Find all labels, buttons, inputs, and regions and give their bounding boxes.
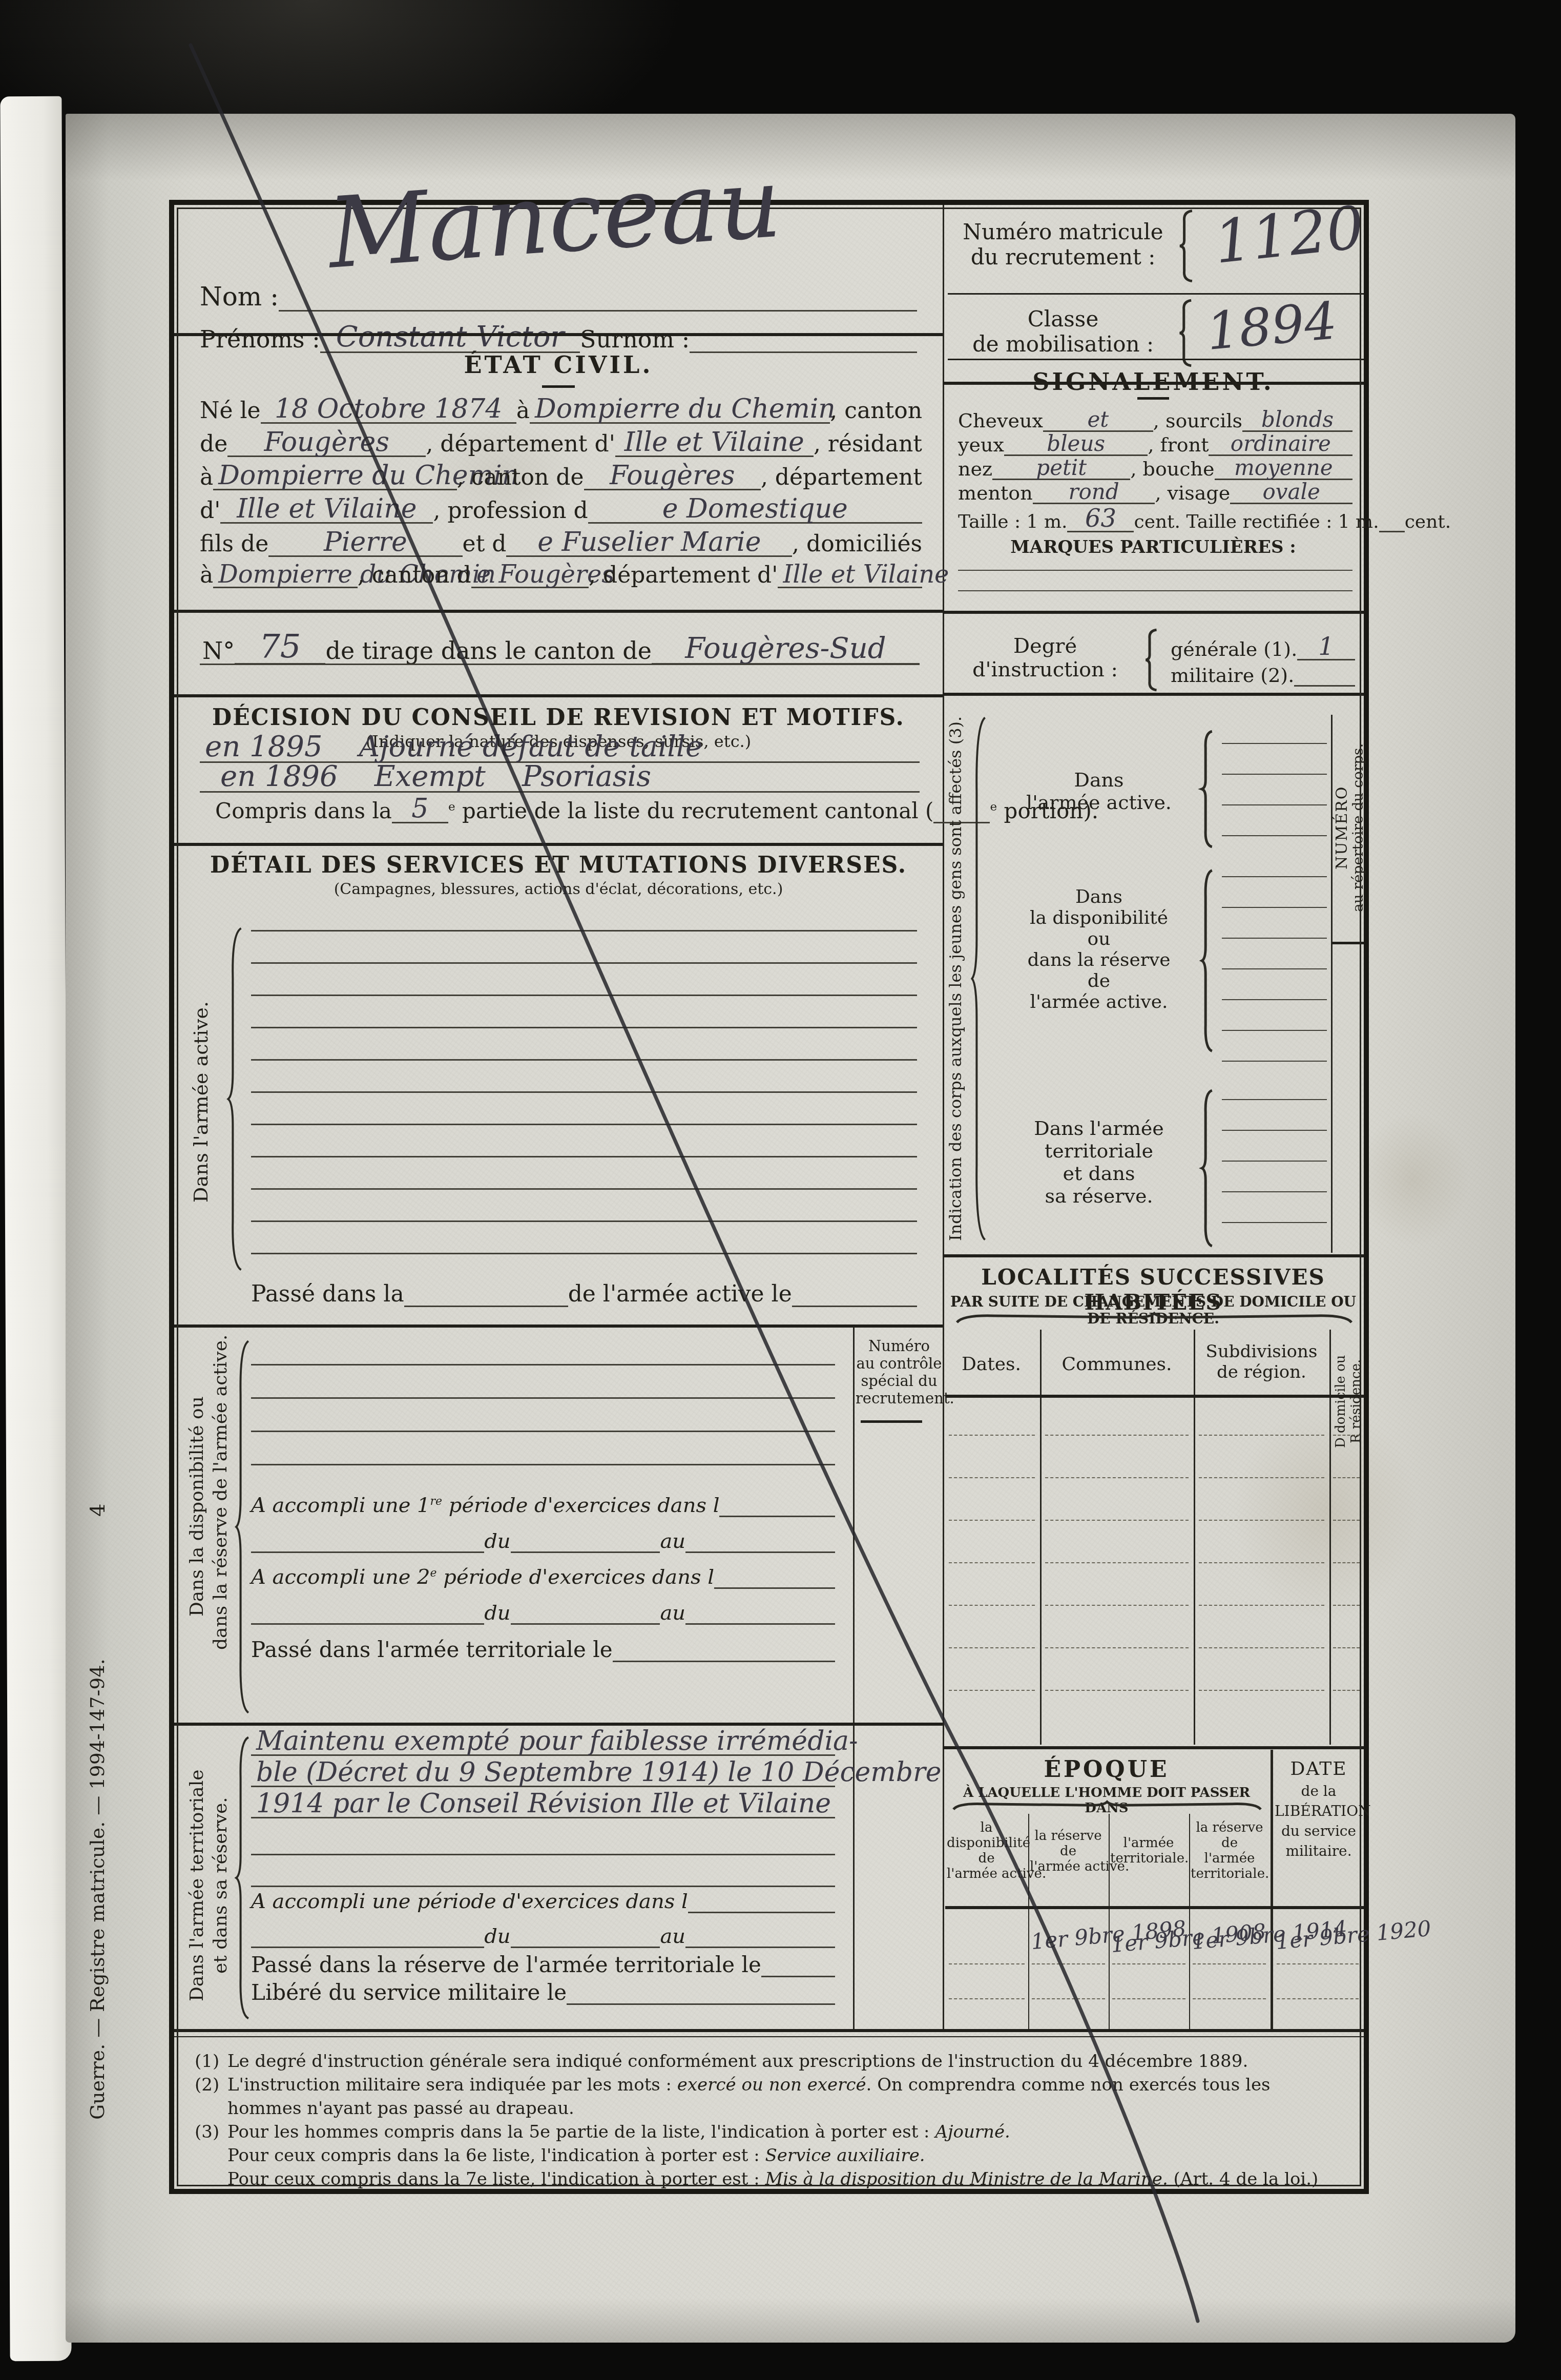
epoque-col1-header: la disponibilité de l'armée active. (947, 1820, 1026, 1881)
blank-line (1222, 1061, 1327, 1062)
corps-territoriale-label: Dans l'armée territoriale et dans sa rés… (1004, 1117, 1194, 1207)
instruction-label: Degré d'instruction : (953, 634, 1137, 681)
footnotes: (1) Le degré d'instruction générale sera… (195, 2050, 1347, 2191)
section-divider (174, 694, 943, 697)
localites-col-communes: Communes. (1043, 1354, 1191, 1375)
blank-line (251, 1027, 917, 1028)
epoque-header-underline (945, 1906, 1364, 1909)
nom-label: Nom : (200, 282, 279, 312)
decision-handwritten-2: en 1896 Exempt Psoriasis (200, 762, 920, 793)
margin-page-number: 4 (86, 1492, 110, 1528)
blank-line (251, 1397, 835, 1399)
maintenu-handwritten-1: Maintenu exempté pour faiblesse irrémédi… (251, 1728, 835, 1756)
table-row-line (1199, 1647, 1324, 1648)
surnom-label: Surnom : (580, 325, 690, 353)
controle-column-header: Numéro au contrôle spécial du recrutemen… (856, 1337, 943, 1407)
blank-line (251, 1124, 917, 1125)
passe-territoriale-row: Passé dans l'armée territoriale le (251, 1637, 835, 1662)
section1-vertical-label: Dans l'armée active. (190, 938, 212, 1266)
table-row-line (949, 1435, 1035, 1436)
tirage-row: N° 75 de tirage dans le canton de Fougèr… (202, 630, 920, 665)
numero-corps-label: NUMÉRO (1333, 720, 1351, 935)
controle-column-divider (853, 1327, 855, 2029)
passe-reserve-territoriale-row: Passé dans la réserve de l'armée territo… (251, 1952, 835, 1977)
brace-icon (1177, 210, 1195, 282)
epoque-col3-header: l'armée territoriale. (1110, 1835, 1187, 1866)
blank-line (1222, 804, 1327, 805)
section3-vertical-label: et dans sa réserve. (210, 1763, 231, 2009)
horizontal-brace-icon (953, 1312, 1356, 1324)
instruction-generale-row: générale (1). 1 (1171, 634, 1355, 660)
etat-civil-row: de Fougères , département d' Ille et Vil… (200, 429, 922, 457)
epoque-divider (1109, 1814, 1110, 2029)
margin-series-label: Guerre. — Registre matricule. — 1994-147… (86, 1548, 109, 2230)
blank-line (1222, 835, 1327, 836)
blank-line (251, 1188, 917, 1190)
blank-line (251, 995, 917, 996)
section-divider (943, 1746, 1364, 1749)
numero-corps-tick (1331, 942, 1364, 944)
table-row-line (1032, 1998, 1105, 1999)
column-divider (943, 205, 944, 2029)
title-dash (542, 385, 575, 388)
table-row-line (949, 1963, 1025, 1964)
horizontal-brace-icon (950, 1800, 1264, 1811)
table-row-line (1333, 1477, 1360, 1478)
blank-line (251, 1059, 917, 1061)
table-row-line (1112, 1963, 1185, 1964)
table-row-line (1277, 1963, 1359, 1964)
blank-line (251, 962, 917, 964)
periode-territoriale-row: A accompli une période d'exercices dans … (251, 1890, 835, 1913)
epoque-date-header: DATE de la LIBÉRATION du service militai… (1275, 1758, 1363, 1859)
signalement-row: menton rond , visage ovale (958, 481, 1352, 504)
nom-value-handwritten: Manceau (324, 146, 784, 290)
brace-icon (1200, 730, 1214, 848)
blank-line (1222, 1161, 1327, 1162)
brace-icon (1200, 1089, 1214, 1248)
paper-stain (1357, 1113, 1469, 1246)
nom-line (279, 310, 917, 312)
table-header-underline (945, 1395, 1364, 1398)
periode1-row: A accompli une 1re période d'exercices d… (251, 1494, 835, 1517)
signalement-row: nez petit , bouche moyenne (958, 457, 1352, 480)
table-row-line (1333, 1435, 1360, 1436)
blank-line (251, 1854, 835, 1855)
signalement-row: yeux bleus , front ordinaire (958, 433, 1352, 456)
blank-line (251, 930, 917, 932)
blank-line (1222, 743, 1327, 744)
section-divider (943, 611, 1364, 614)
passe-armee-active-row: Passé dans la de l'armée active le (251, 1281, 917, 1307)
prenoms-row: Prénoms : Constant Victor Surnom : (200, 323, 917, 353)
signalement-row: Cheveux et , sourcils blonds (958, 409, 1352, 432)
controle-header-underline (861, 1420, 922, 1423)
section2-vertical-label: dans la réserve de l'armée active. (210, 1363, 231, 1650)
epoque-title: ÉPOQUE (943, 1756, 1271, 1783)
classe-underline (948, 359, 1364, 360)
table-row-line (1112, 1998, 1185, 1999)
brace-icon (1200, 868, 1214, 1053)
blank-line (1222, 907, 1327, 908)
table-row-line (1199, 1435, 1324, 1436)
table-row-line (1045, 1690, 1189, 1691)
etat-civil-title: ÉTAT CIVIL. (174, 351, 943, 379)
etat-civil-row: fils de Pierre et d e Fuselier Marie , d… (200, 529, 922, 557)
blank-line (1222, 1222, 1327, 1223)
blank-line (251, 1364, 835, 1365)
maintenu-handwritten-3: 1914 par le Conseil Révision Ille et Vil… (251, 1790, 835, 1818)
blank-line (1222, 774, 1327, 775)
taille-row: Taille : 1 m. 63 cent. Taille rectifiée … (958, 506, 1352, 532)
brace-icon (234, 1337, 251, 1716)
table-row-line (1333, 1690, 1360, 1691)
section-divider (943, 693, 1364, 696)
prenoms-label: Prénoms : (200, 325, 320, 353)
table-row-line (1199, 1605, 1324, 1606)
etat-civil-row: Né le 18 Octobre 1874 à Dompierre du Che… (200, 396, 922, 424)
blank-line (1222, 968, 1327, 969)
maintenu-handwritten-2: ble (Décret du 9 Septembre 1914) le 10 D… (251, 1759, 835, 1787)
signalement-title: SIGNALEMENT. (943, 368, 1364, 396)
corps-active-label: Dans l'armée active. (1004, 769, 1194, 814)
classe-label: Classe de mobilisation : (953, 306, 1173, 357)
table-divider (1329, 1330, 1331, 1745)
section3-vertical-label: Dans l'armée territoriale (186, 1763, 207, 2009)
blank-line (1222, 1030, 1327, 1031)
du-au-row: du au (251, 1924, 835, 1948)
table-row-line (1193, 1963, 1266, 1964)
footnote-1: (1) Le degré d'instruction générale sera… (195, 2050, 1347, 2073)
compris-row: Compris dans la 5 e partie de la liste d… (215, 795, 902, 823)
etat-civil-row: d' Ille et Vilaine , profession d e Dome… (200, 495, 922, 524)
localites-col-subdivisions: Subdivisions de région. (1196, 1341, 1327, 1382)
blank-line (251, 1156, 917, 1157)
section-divider (174, 1324, 943, 1328)
table-row-line (1199, 1477, 1324, 1478)
blank-line (1222, 1130, 1327, 1131)
numero-corps-divider (1331, 715, 1333, 1253)
table-row-line (1333, 1562, 1360, 1563)
table-row-line (1199, 1562, 1324, 1563)
corps-side-label: Indication des corps auxquels les jeunes… (946, 707, 965, 1250)
decision-handwritten-1: en 1895 Ajourné défaut de taille (200, 733, 920, 763)
table-row-line (949, 1562, 1035, 1563)
table-row-line (1045, 1435, 1189, 1436)
table-row-line (1277, 1998, 1359, 1999)
section2-vertical-label: Dans la disponibilité ou (186, 1363, 207, 1650)
table-row-line (1333, 1647, 1360, 1648)
table-row-line (1045, 1605, 1189, 1606)
blank-line (1222, 1099, 1327, 1100)
footnotes-divider-thin (174, 2036, 1364, 2037)
etat-civil-row: à Dompierre du Chemin , canton d e Fougè… (200, 562, 922, 588)
section-divider (943, 1254, 1364, 1257)
brace-icon (234, 1734, 251, 2021)
prenoms-value: Constant Victor (320, 323, 580, 353)
footnote-5: Pour ceux compris dans la 7e liste, l'in… (195, 2167, 1347, 2191)
blank-line (1222, 938, 1327, 939)
book-page-edge (0, 96, 71, 2361)
du-au-row: du au (251, 1529, 835, 1553)
blank-line (958, 590, 1352, 591)
brace-icon (1177, 300, 1194, 366)
localites-col-domicile: D domicile ou (1333, 1335, 1348, 1468)
numero-corps-label: au répertoire du corps. (1349, 720, 1366, 935)
table-row-line (1045, 1520, 1189, 1521)
table-divider (1040, 1330, 1042, 1745)
table-row-line (1045, 1562, 1189, 1563)
footnote-3: (3) Pour les hommes compris dans la 5e p… (195, 2120, 1347, 2144)
blank-line (251, 1464, 835, 1465)
table-row-line (949, 1605, 1035, 1606)
periode2-row: A accompli une 2e période d'exercices da… (251, 1565, 835, 1589)
footnote-4: Pour ceux compris dans la 6e liste, l'in… (195, 2144, 1347, 2167)
libere-row: Libéré du service militaire le (251, 1980, 835, 2005)
register-page: Guerre. — Registre matricule. — 1994-147… (66, 114, 1515, 2343)
footnote-2: (2) L'instruction militaire sera indiqué… (195, 2073, 1347, 2120)
blank-line (251, 1431, 835, 1432)
epoque-divider (1189, 1814, 1190, 2029)
table-row-line (1045, 1647, 1189, 1648)
classe-value-handwritten: 1894 (1204, 291, 1339, 362)
epoque-col4-header: la réserve de l'armée territoriale. (1191, 1820, 1268, 1881)
localites-col-residence: R résidence. (1348, 1335, 1364, 1468)
table-row-line (1193, 1998, 1266, 1999)
matricule-value-handwritten: 1120 (1211, 193, 1367, 277)
blank-line (251, 1091, 917, 1093)
table-row-line (949, 1477, 1035, 1478)
blank-line (251, 1886, 835, 1887)
brace-icon (225, 925, 244, 1273)
table-row-line (1199, 1690, 1324, 1691)
scanned-register-photo: Guerre. — Registre matricule. — 1994-147… (0, 0, 1561, 2380)
table-row-line (949, 1998, 1025, 1999)
instruction-militaire-row: militaire (2). (1171, 664, 1355, 687)
date-column-divider (1271, 1750, 1273, 2029)
section-divider (174, 843, 943, 846)
decision-title: DÉCISION DU CONSEIL DE REVISION ET MOTIF… (174, 705, 943, 731)
blank-line (200, 664, 920, 665)
blank-line (1222, 1191, 1327, 1192)
title-dash (1137, 397, 1169, 400)
footnotes-divider (174, 2029, 1364, 2032)
table-row-line (1333, 1520, 1360, 1521)
table-row-line (1199, 1520, 1324, 1521)
blank-line (251, 1220, 917, 1222)
blank-line (1222, 999, 1327, 1000)
blank-line (958, 570, 1352, 571)
epoque-col2-header: la réserve de l'armée active. (1030, 1828, 1107, 1874)
table-row-line (949, 1690, 1035, 1691)
localites-col-dates: Dates. (945, 1354, 1037, 1375)
du-au-row: du au (251, 1601, 835, 1625)
brace-icon (1143, 629, 1159, 691)
etat-civil-row: à Dompierre du Chemin , canton de Fougèr… (200, 462, 922, 490)
table-row-line (949, 1647, 1035, 1648)
services-title: DÉTAIL DES SERVICES ET MUTATIONS DIVERSE… (174, 852, 943, 878)
header-divider-left (174, 333, 943, 336)
table-row-line (1333, 1605, 1360, 1606)
corps-disponibilite-label: Dans la disponibilité ou dans la réserve… (1004, 886, 1194, 1012)
blank-line (1222, 876, 1327, 877)
brace-icon (969, 712, 988, 1245)
services-subtitle: (Campagnes, blessures, actions d'éclat, … (174, 880, 943, 898)
matricule-label: Numéro matricule du recrutement : (953, 219, 1173, 270)
section-divider (174, 610, 943, 613)
blank-line (251, 1253, 917, 1254)
nom-row: Nom : (200, 282, 917, 312)
table-row-line (949, 1520, 1035, 1521)
table-row-line (1032, 1963, 1105, 1964)
form-frame: Nom : Manceau Prénoms : Constant Victor … (169, 200, 1369, 2194)
table-row-line (1045, 1477, 1189, 1478)
marques-title: MARQUES PARTICULIÈRES : (943, 537, 1364, 557)
table-divider (1194, 1330, 1195, 1745)
